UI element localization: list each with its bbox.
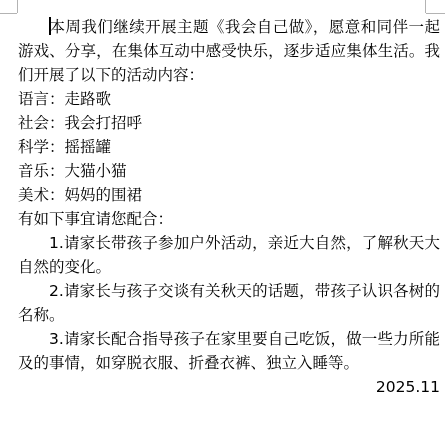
activity-line-science[interactable]: 科学：摇摇罐 (18, 135, 440, 159)
cooperation-header[interactable]: 有如下事宜请您配合： (18, 207, 440, 231)
paragraph-intro[interactable]: 本周我们继续开展主题《我会自己做》，愿意和同伴一起游戏、分享，在集体互动中感受快… (18, 15, 440, 87)
activity-line-art[interactable]: 美术：妈妈的围裙 (18, 183, 440, 207)
activity-line-social[interactable]: 社会：我会打招呼 (18, 111, 440, 135)
item-2-number: 2. (49, 282, 64, 300)
item-2-text: 请家长与孩子交谈有关秋天的话题，带孩子认识各树的名称。 (18, 282, 440, 324)
text-boundary-mark-top-left-vertical (17, 0, 18, 13)
text-boundary-mark-top-right-horizontal (426, 13, 445, 14)
cooperation-item-2[interactable]: 2.请家长与孩子交谈有关秋天的话题，带孩子认识各树的名称。 (18, 279, 440, 327)
item-1-text: 请家长带孩子参加户外活动，亲近大自然，了解秋天大自然的变化。 (18, 234, 440, 276)
document-text-area[interactable]: 本周我们继续开展主题《我会自己做》，愿意和同伴一起游戏、分享，在集体互动中感受快… (18, 15, 440, 399)
item-3-number: 3. (49, 330, 64, 348)
activity-line-music[interactable]: 音乐：大猫小猫 (18, 159, 440, 183)
text-boundary-mark-top-left-horizontal (0, 13, 17, 14)
cooperation-item-1[interactable]: 1.请家长带孩子参加户外活动，亲近大自然，了解秋天大自然的变化。 (18, 231, 440, 279)
intro-text: 本周我们继续开展主题《我会自己做》，愿意和同伴一起游戏、分享，在集体互动中感受快… (18, 18, 440, 84)
cooperation-item-3[interactable]: 3.请家长配合指导孩子在家里要自己吃饭，做一些力所能及的事情，如穿脱衣服、折叠衣… (18, 327, 440, 375)
item-3-text: 请家长配合指导孩子在家里要自己吃饭，做一些力所能及的事情，如穿脱衣服、折叠衣裤、… (18, 330, 440, 372)
date-line[interactable]: 2025.11 (18, 375, 440, 399)
text-boundary-mark-top-right-vertical (425, 0, 426, 13)
item-1-number: 1. (49, 234, 64, 252)
activity-line-language[interactable]: 语言：走路歌 (18, 87, 440, 111)
document-page: 本周我们继续开展主题《我会自己做》，愿意和同伴一起游戏、分享，在集体互动中感受快… (0, 0, 445, 425)
